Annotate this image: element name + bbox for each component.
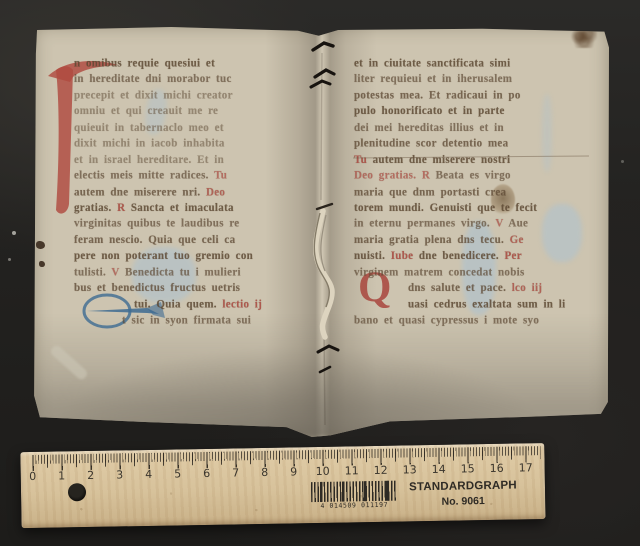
ruler-number: 9 bbox=[285, 465, 303, 478]
ruler-number: 5 bbox=[169, 467, 187, 480]
ruler-number: 17 bbox=[517, 461, 535, 474]
ruler-model-label: No. 9061 bbox=[405, 494, 521, 508]
barcode-bars bbox=[311, 481, 397, 502]
photo-background: Q n omibus requie quesiui etin hereditat… bbox=[0, 0, 640, 546]
ruler-number: 7 bbox=[227, 466, 245, 479]
dust-speck bbox=[621, 160, 624, 163]
ruler-number: 3 bbox=[111, 468, 129, 481]
barcode-digits: 4 014509 011197 bbox=[309, 501, 399, 511]
ruler-number: 4 bbox=[140, 468, 158, 481]
ruler-number: 16 bbox=[488, 462, 506, 475]
ruler-number: 14 bbox=[430, 463, 448, 476]
ruler-number: 0 bbox=[24, 470, 42, 483]
ruler-number: 10 bbox=[314, 465, 332, 478]
dust-speck bbox=[8, 258, 11, 261]
ruler-number: 6 bbox=[198, 467, 216, 480]
ruler-number: 8 bbox=[256, 466, 274, 479]
ruler-number: 2 bbox=[82, 469, 100, 482]
barcode: 4 014509 011197 bbox=[309, 481, 399, 512]
manuscript-bifolium: Q n omibus requie quesiui etin hereditat… bbox=[33, 25, 609, 437]
ruler-number: 1 bbox=[53, 469, 71, 482]
sewing-thread bbox=[33, 25, 609, 437]
ruler-number: 11 bbox=[343, 464, 361, 477]
ruler-number: 13 bbox=[401, 463, 419, 476]
ruler-brand-label: STANDARDGRAPH bbox=[405, 479, 521, 493]
ruler-hanging-hole bbox=[68, 483, 86, 501]
ruler: 01234567891011121314151617 4 014509 0111… bbox=[20, 443, 545, 528]
ruler-number: 12 bbox=[372, 464, 390, 477]
dust-speck bbox=[12, 231, 16, 235]
ruler-number: 15 bbox=[459, 462, 477, 475]
